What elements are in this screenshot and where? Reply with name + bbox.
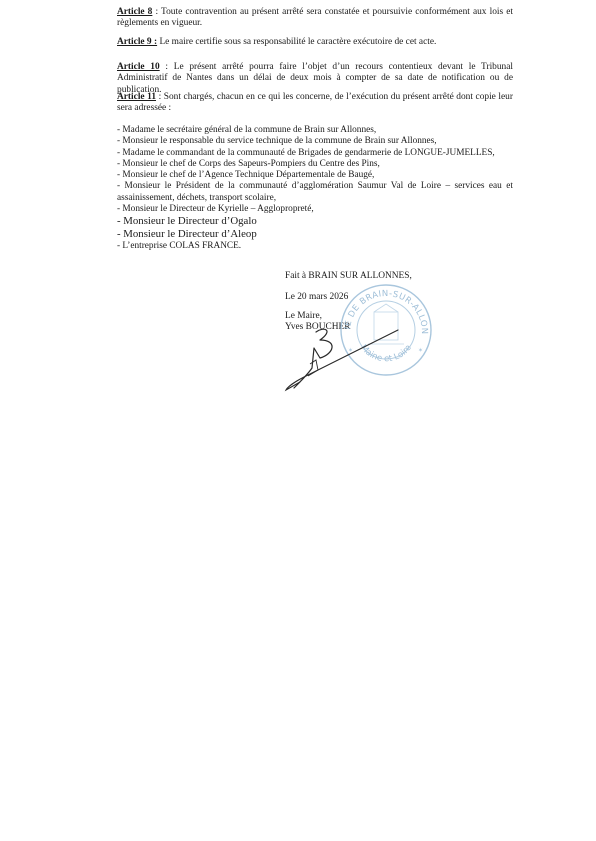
article-10-label: Article 10: [117, 62, 160, 72]
article-11-text: Sont chargés, chacun en ce qui les conce…: [117, 92, 513, 113]
article-11: Article 11 : Sont chargés, chacun en ce …: [117, 92, 513, 115]
recipient-item: - Monsieur le Directeur d’Ogalo: [117, 215, 517, 228]
article-9-label: Article 9 :: [117, 37, 157, 47]
signature-place: Fait à BRAIN SUR ALLONNES,: [285, 271, 412, 282]
recipient-item: - Monsieur le responsable du service tec…: [117, 136, 517, 147]
recipient-item: - L’entreprise COLAS FRANCE.: [117, 241, 517, 252]
signature-icon: [280, 318, 420, 398]
recipient-item: - Monsieur le chef de l’Agence Technique…: [117, 170, 517, 181]
recipient-item: - Monsieur le Président de la communauté…: [117, 181, 513, 204]
article-11-label: Article 11: [117, 92, 156, 102]
recipient-item: - Madame le commandant de la communauté …: [117, 148, 517, 159]
article-8-text: Toute contravention au présent arrêté se…: [117, 7, 513, 28]
article-9: Article 9 : Le maire certifie sous sa re…: [117, 37, 513, 48]
document-page: Article 8 : Toute contravention au prése…: [0, 0, 596, 841]
recipient-item: - Monsieur le Directeur d’Aleop: [117, 228, 517, 241]
article-8: Article 8 : Toute contravention au prése…: [117, 7, 513, 30]
article-10-text: Le présent arrêté pourra faire l’objet d…: [117, 62, 513, 95]
recipient-item: - Madame le secrétaire général de la com…: [117, 125, 517, 136]
recipient-item: - Monsieur le Directeur de Kyrielle – Ag…: [117, 204, 517, 215]
article-8-label: Article 8: [117, 7, 152, 17]
article-9-text: Le maire certifie sous sa responsabilité…: [159, 37, 436, 47]
recipients-list: - Madame le secrétaire général de la com…: [117, 125, 517, 252]
recipient-item: - Monsieur le chef de Corps des Sapeurs-…: [117, 159, 517, 170]
